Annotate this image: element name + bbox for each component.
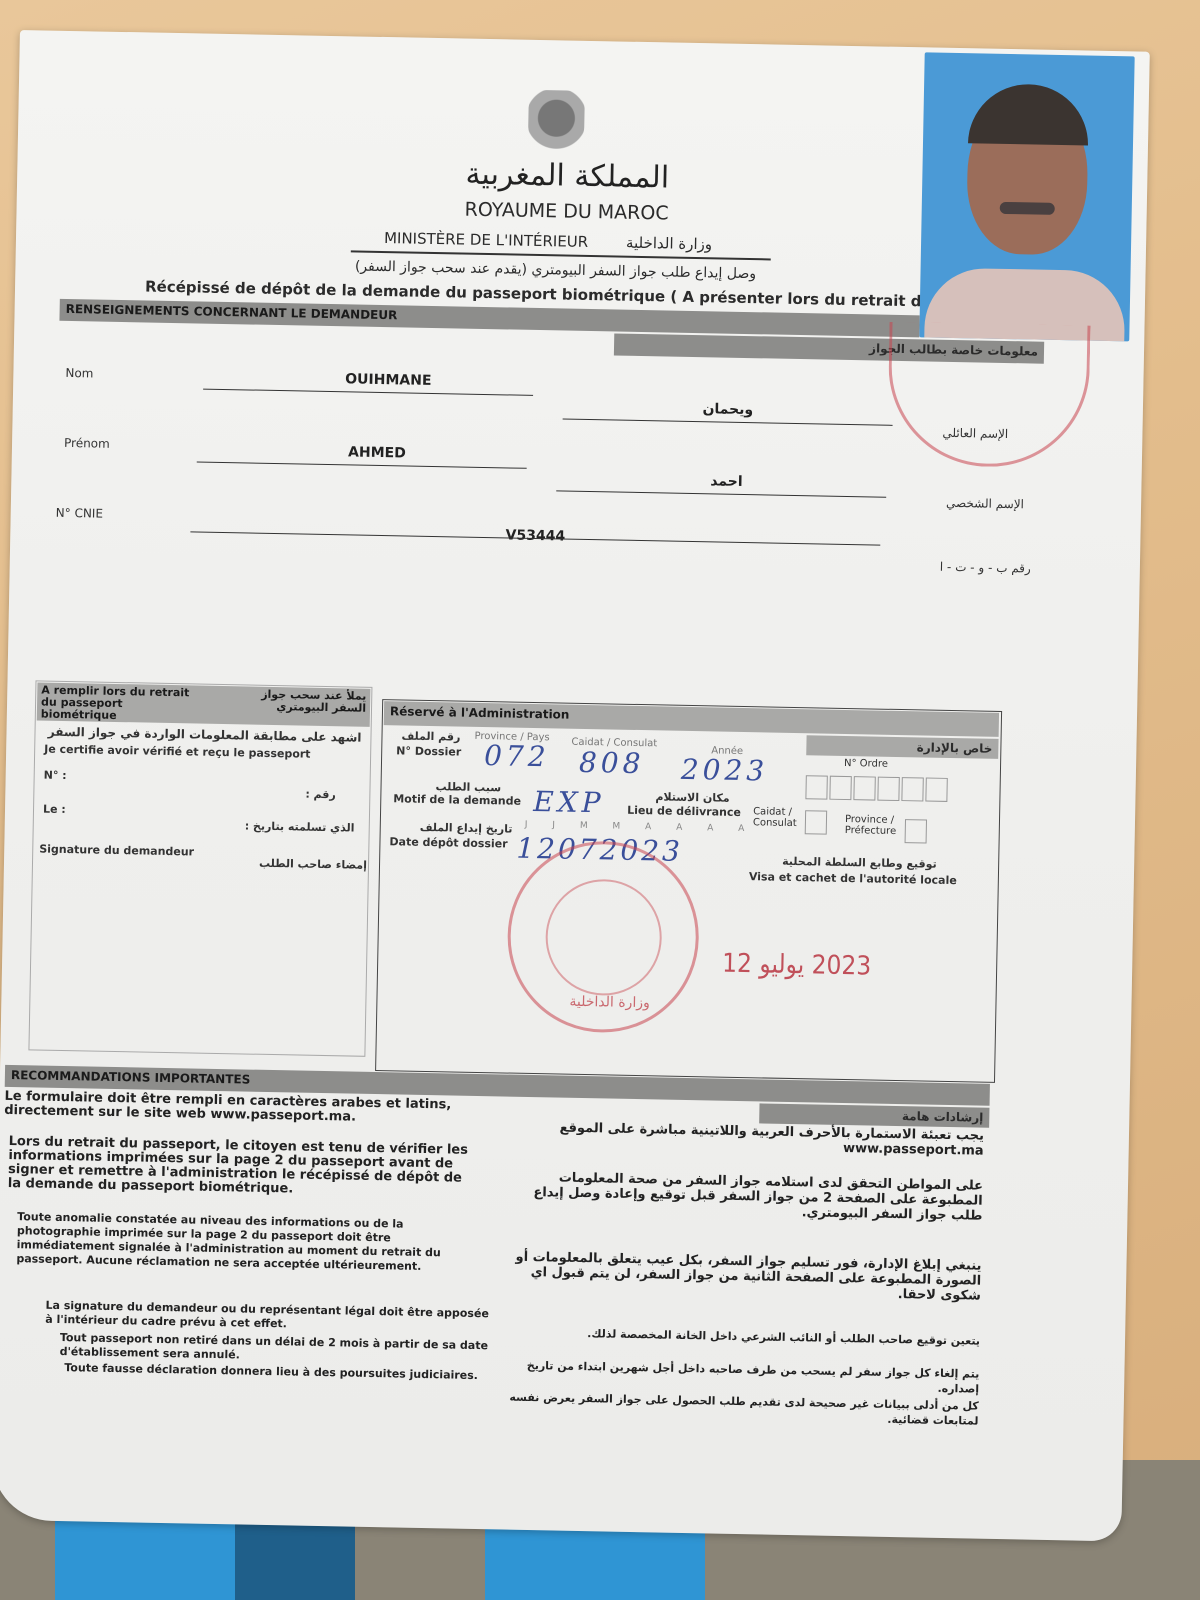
kingdom-title-arabic: المملكة المغربية	[447, 156, 688, 196]
withdrawal-header-french: A remplir lors du retrait du passeport b…	[41, 685, 202, 724]
label-cnie-arabic: رقم ب - و - ت - ا	[940, 560, 1031, 576]
kingdom-title-french: ROYAUME DU MAROC	[416, 198, 716, 226]
recommendation-fr: Toute anomalie constatée au niveau des i…	[16, 1210, 467, 1275]
depot-label-arabic: تاريخ إيداع الملف	[420, 821, 513, 836]
motif-label-arabic: سبب الطلب	[435, 780, 501, 794]
lieu-province-checkbox[interactable]	[905, 819, 927, 843]
recommendations-arabic: يجب تعبئة الاستمارة بالأحرف العربية والل…	[20, 30, 1150, 52]
ordre-cell[interactable]	[805, 775, 827, 799]
applicant-photo	[919, 52, 1134, 341]
value-nom-arabic: ويحمان	[563, 398, 893, 420]
recommendation-ar: كل من أدلى ببيانات غير صحيحة لدى تقديم ط…	[498, 1389, 978, 1428]
value-prenom-arabic: احمد	[561, 470, 891, 492]
annee-value[interactable]: 2023	[681, 753, 769, 788]
label-cnie: N° CNIE	[56, 506, 104, 521]
recommendation-fr: Lors du retrait du passeport, le citoyen…	[8, 1135, 479, 1200]
dossier-label: N° Dossier	[396, 744, 461, 758]
label-nom: Nom	[65, 366, 93, 381]
lieu-label: Lieu de délivrance	[627, 804, 741, 819]
value-nom: OUIHMANE	[223, 369, 553, 391]
date-stamp: 2023 يوليو 12	[722, 949, 872, 982]
photo-mustache	[1000, 202, 1055, 215]
ministry-french: MINISTÈRE DE L'INTÉRIEUR	[384, 229, 588, 251]
royal-coat-of-arms-icon	[528, 90, 585, 153]
motif-label: Motif de la demande	[393, 792, 521, 807]
ordre-cell[interactable]	[877, 777, 899, 801]
withdrawal-header: A remplir lors du retrait du passeport b…	[37, 682, 371, 726]
ordre-cells[interactable]	[20, 30, 1150, 52]
number-label: N° :	[44, 769, 67, 782]
recommendation-ar: يتعين توقيع صاحب الطلب أو النائب الشرعي …	[500, 1324, 980, 1348]
seal-inner-ring	[545, 878, 663, 996]
province-value[interactable]: 072	[484, 739, 550, 773]
seal-text: وزارة الداخلية	[569, 994, 650, 1012]
recommendation-fr: La signature du demandeur ou du représen…	[45, 1299, 495, 1336]
value-prenom: AHMED	[212, 442, 542, 464]
ordre-cell[interactable]	[829, 776, 851, 800]
recommendation-fr: Le formulaire doit être rempli en caract…	[4, 1090, 474, 1127]
ordre-cell[interactable]	[925, 778, 947, 802]
date-label: Le :	[43, 803, 66, 816]
document-subtitle-arabic: وصل إيداع طلب جواز السفر البيومتري (يقدم…	[315, 258, 795, 283]
signature-area[interactable]	[41, 871, 354, 1047]
ordre-cell[interactable]	[901, 777, 923, 801]
number-label-arabic: رقم :	[305, 788, 336, 802]
dossier-label-arabic: رقم الملف	[401, 729, 460, 743]
lieu-label-arabic: مكان الاستلام	[655, 790, 729, 804]
label-prenom: Prénom	[64, 436, 110, 451]
lieu-caidat-checkbox[interactable]	[805, 810, 827, 834]
recommendations-french: Le formulaire doit être rempli en caract…	[20, 30, 1150, 52]
admin-header-arabic: خاص بالإدارة	[806, 735, 998, 759]
label-prenom-arabic: الإسم الشخصي	[946, 496, 1024, 511]
ministry-seal-stamp-photo	[887, 322, 1091, 469]
withdrawal-header-arabic: يملأ عند سحب جواز السفر البيومتري	[226, 688, 366, 715]
photo-hair	[968, 83, 1089, 145]
depot-label: Date dépôt dossier	[389, 835, 507, 850]
motif-value[interactable]: EXP	[533, 785, 605, 819]
date-label-arabic: الذي تسلمته بتاريخ :	[245, 819, 355, 834]
recommendation-ar: ينبغي إبلاغ الإدارة، فور تسليم جواز السف…	[501, 1249, 982, 1303]
ordre-cell[interactable]	[853, 776, 875, 800]
caidat-value[interactable]: 808	[579, 746, 645, 780]
ministry-arabic: وزارة الداخلية	[626, 234, 712, 254]
passport-receipt-document: المملكة المغربية ROYAUME DU MAROC MINIST…	[0, 30, 1150, 1541]
col-ordre-label: N° Ordre	[844, 758, 888, 770]
signature-label-arabic: إمضاء صاحب الطلب	[259, 857, 367, 872]
recommendation-ar: على المواطن التحقق لدى استلامه جواز السف…	[502, 1169, 983, 1223]
